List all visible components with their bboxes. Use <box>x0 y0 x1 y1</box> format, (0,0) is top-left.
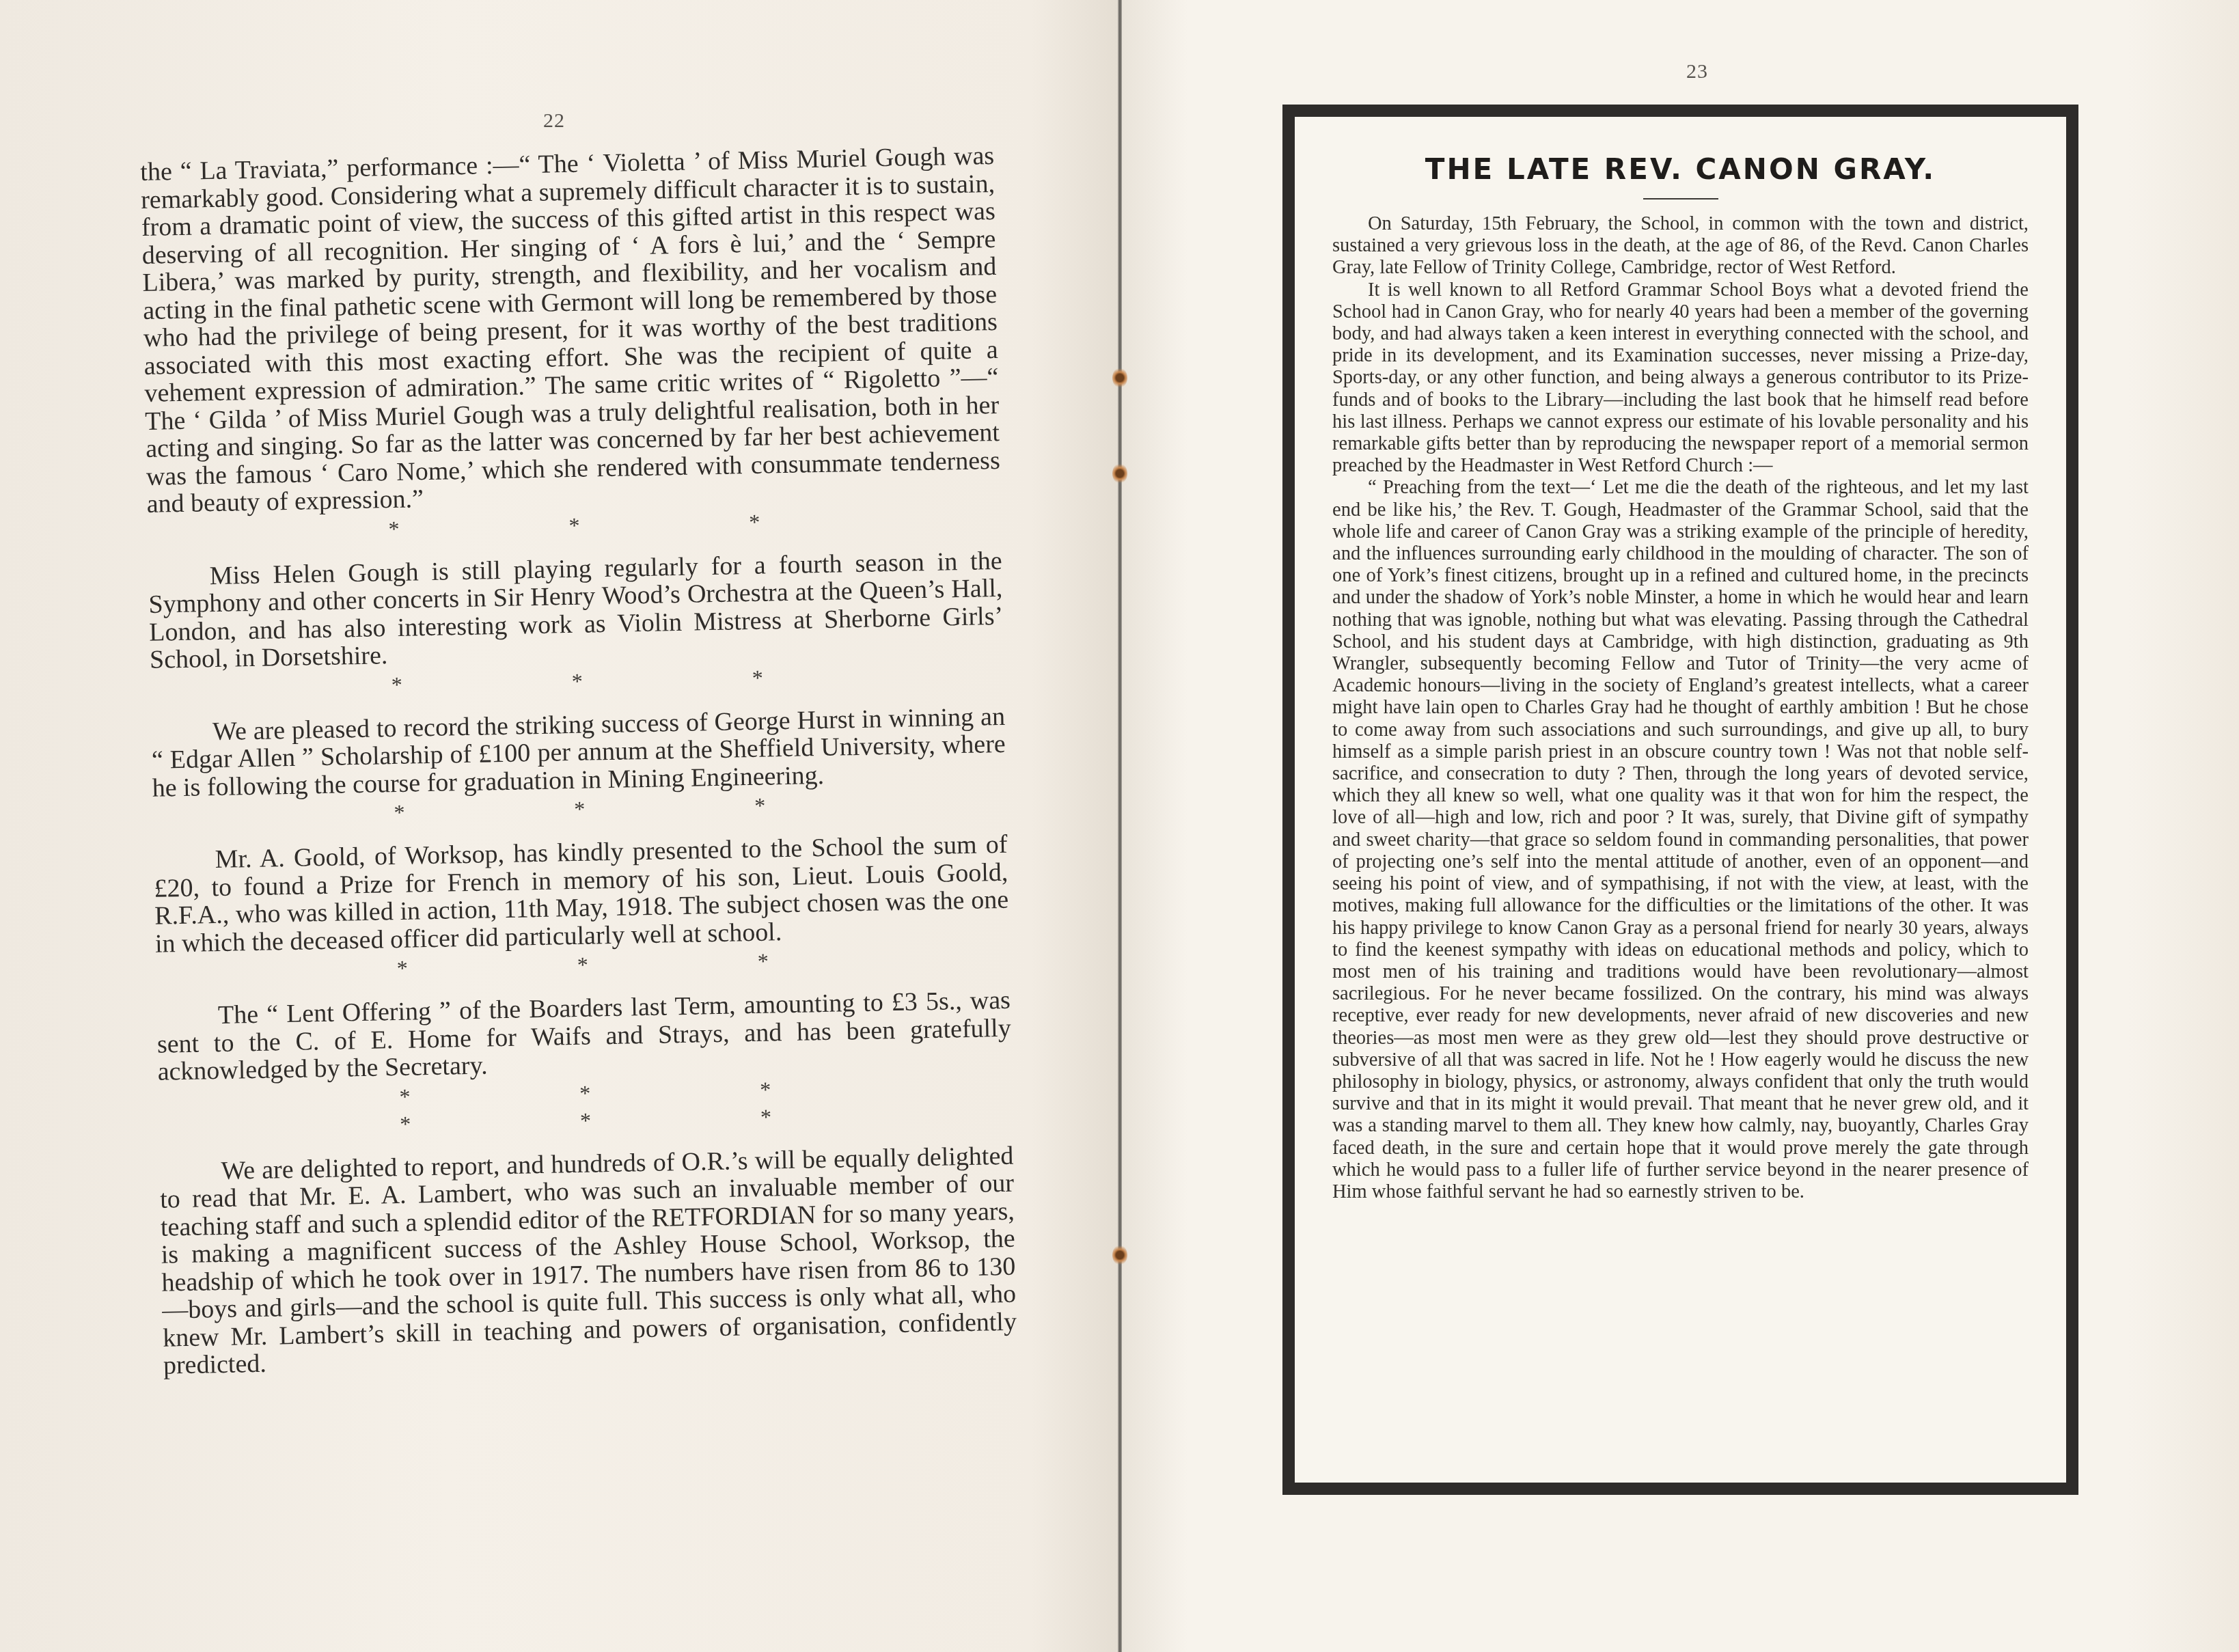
page-number-right: 23 <box>1686 60 1708 83</box>
paragraph-sermon: “ Preaching from the text—‘ Let me die t… <box>1332 477 2029 1203</box>
staple-rust-mark <box>1112 1245 1127 1265</box>
book-spine <box>1118 0 1122 1652</box>
staple-rust-mark <box>1112 463 1127 484</box>
paragraph-goold-prize: Mr. A. Goold, of Worksop, has kindly pre… <box>153 831 1009 958</box>
paragraph-helen-gough: Miss Helen Gough is still playing regula… <box>148 547 1004 674</box>
obituary-text: On Saturday, 15th February, the School, … <box>1332 213 2029 1203</box>
obituary-frame: THE LATE REV. CANON GRAY. On Saturday, 1… <box>1282 105 2078 1495</box>
paragraph-lent-offering: The “ Lent Offering ” of the Boarders la… <box>156 987 1012 1086</box>
left-page-text: the “ La Traviata,” performance :—“ The … <box>140 142 1017 1379</box>
paragraph-traviata: the “ La Traviata,” performance :—“ The … <box>140 142 1001 518</box>
staple-rust-mark <box>1112 368 1127 388</box>
paragraph-announcement: On Saturday, 15th February, the School, … <box>1332 213 2029 279</box>
left-page: 22 the “ La Traviata,” performance :—“ T… <box>0 0 1121 1652</box>
paragraph-devoted-friend: It is well known to all Retford Grammar … <box>1332 279 2029 478</box>
paragraph-george-hurst: We are pleased to record the striking su… <box>151 702 1006 801</box>
page-number-left: 22 <box>543 109 565 133</box>
paragraph-lambert: We are delighted to report, and hundreds… <box>159 1142 1017 1379</box>
title-rule <box>1643 198 1718 199</box>
obituary-title: THE LATE REV. CANON GRAY. <box>1332 152 2029 186</box>
